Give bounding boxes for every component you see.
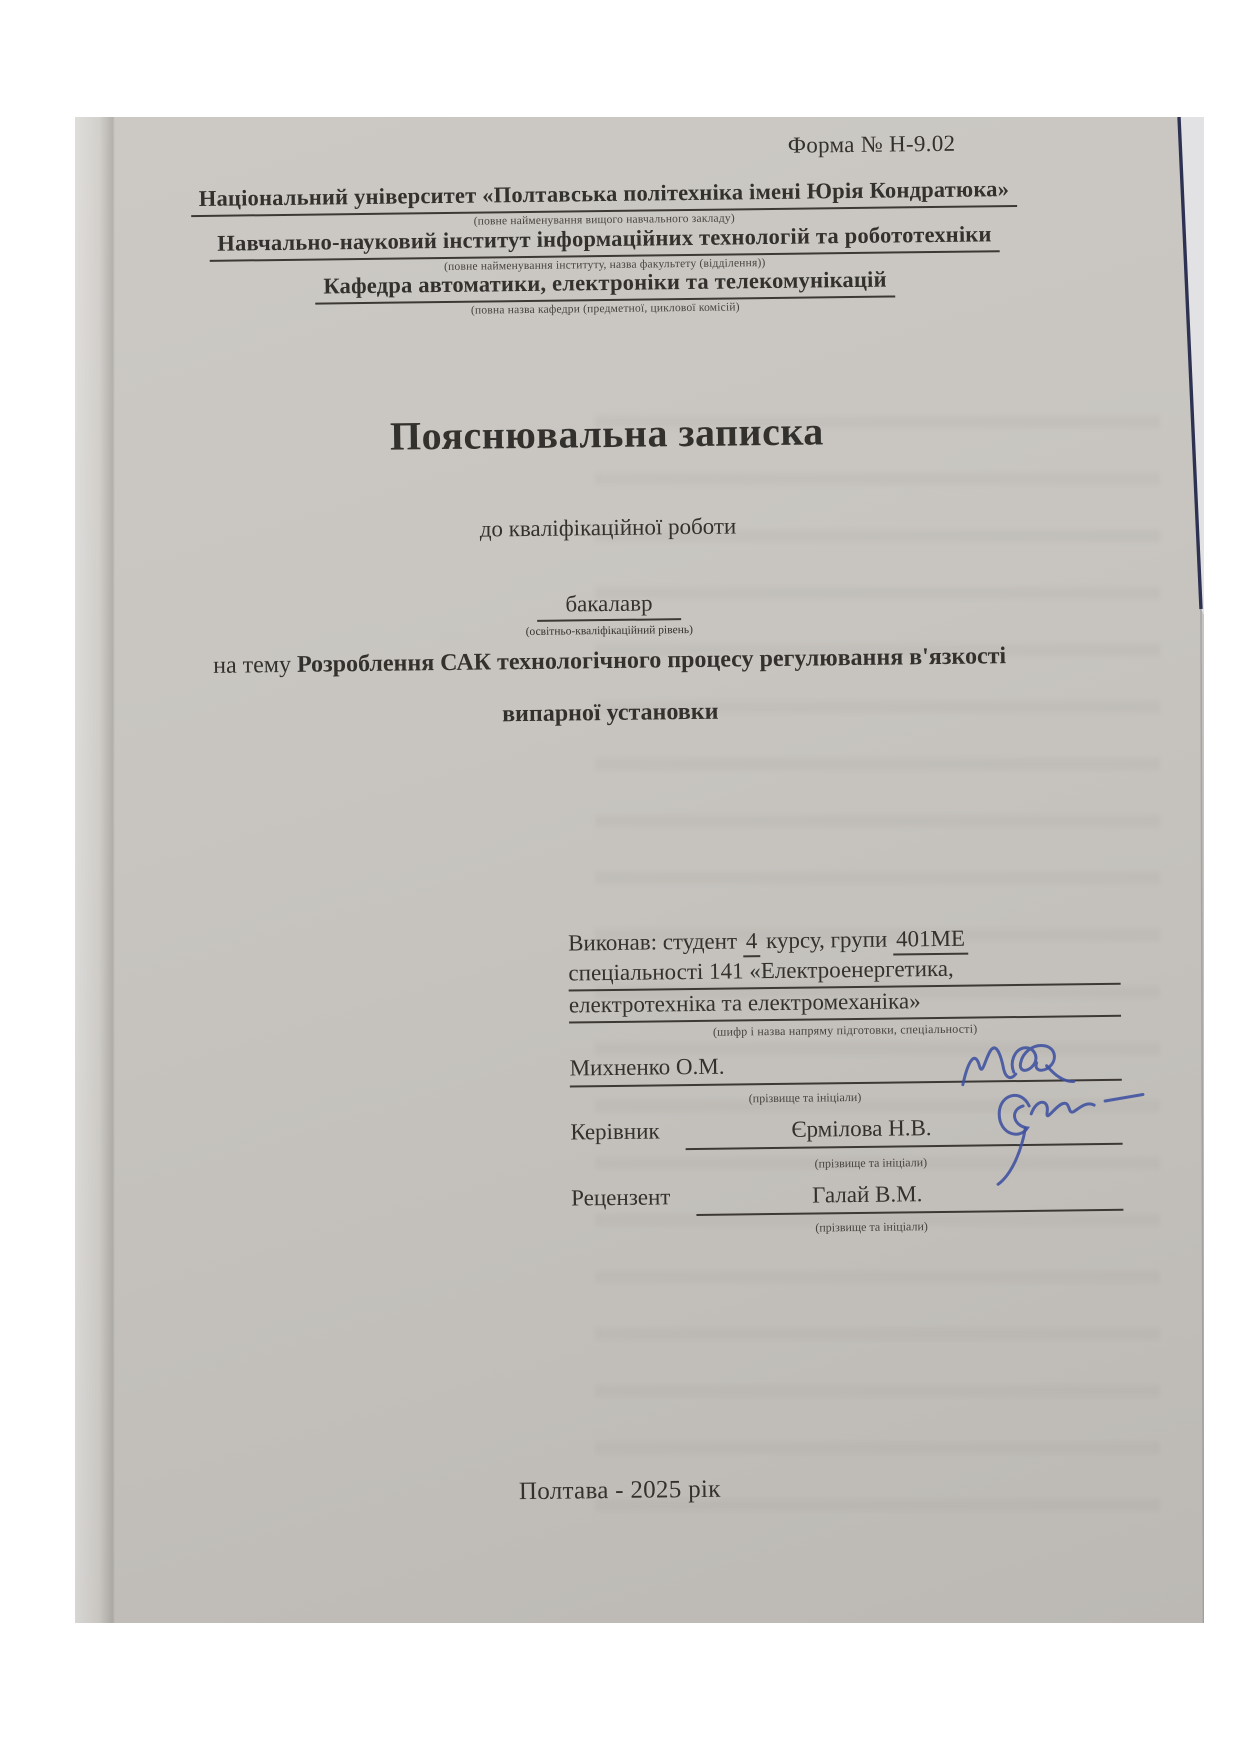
- topic-line-1: на тему Розроблення САК технологічного п…: [130, 642, 1090, 681]
- supervisor-caption: (прізвище та ініціали): [721, 1154, 1021, 1173]
- student-name: Михненко О.М.: [569, 1054, 724, 1081]
- form-number: Форма № Н-9.02: [123, 129, 1083, 167]
- supervisor-line: Керівник Єрмілова Н.В.: [570, 1113, 1122, 1152]
- reviewer-caption: (прізвище та ініціали): [722, 1218, 1022, 1237]
- reviewer-name: Галай В.М.: [696, 1179, 1123, 1216]
- topic-prefix: на тему: [213, 652, 297, 679]
- executor-line-1-text: Виконав: студент: [568, 928, 743, 955]
- document-subtitle: до кваліфікаційної роботи: [128, 509, 1088, 547]
- topic-text-1: Розроблення САК технологічного процесу р…: [297, 643, 1006, 678]
- book-spine-line: [1179, 117, 1201, 609]
- student-name-caption: (прізвище та ініціали): [630, 1089, 980, 1108]
- page-fold-left-edge: [75, 117, 115, 1623]
- course-number: 4: [743, 928, 761, 957]
- paper-edge-line: [1201, 609, 1204, 1623]
- document-title: Пояснювальна записка: [127, 404, 1088, 463]
- scanned-title-page: Форма № Н-9.02 Національний університет …: [75, 117, 1204, 1623]
- city-and-year: Полтава - 2025 рік: [140, 1471, 1100, 1511]
- topic-line-2: випарної установки: [130, 694, 1090, 733]
- supervisor-name: Єрмілова Н.В.: [685, 1113, 1122, 1150]
- reviewer-label: Рецензент: [571, 1184, 697, 1218]
- supervisor-label: Керівник: [570, 1118, 686, 1151]
- reviewer-line: Рецензент Галай В.М.: [571, 1179, 1123, 1218]
- next-page-edge-strip: [1179, 117, 1204, 615]
- group-code: 401МЕ: [893, 926, 968, 956]
- executor-block: Виконав: студент 4 курсу, групи 401МЕ сп…: [568, 921, 1124, 1258]
- speciality-caption: (шифр і назва напряму підготовки, спеціа…: [569, 1020, 1121, 1042]
- speciality-line-2: електротехніка та електромеханіка»: [569, 986, 1121, 1024]
- typed-page-content: Форма № Н-9.02 Національний університет …: [123, 117, 1101, 1623]
- student-name-line: Михненко О.М.: [569, 1049, 1121, 1088]
- executor-line-1-middle: курсу, групи: [760, 927, 893, 954]
- department-name: Кафедра автоматики, електроніки та телек…: [315, 266, 895, 304]
- degree-level: бакалавр: [537, 590, 681, 622]
